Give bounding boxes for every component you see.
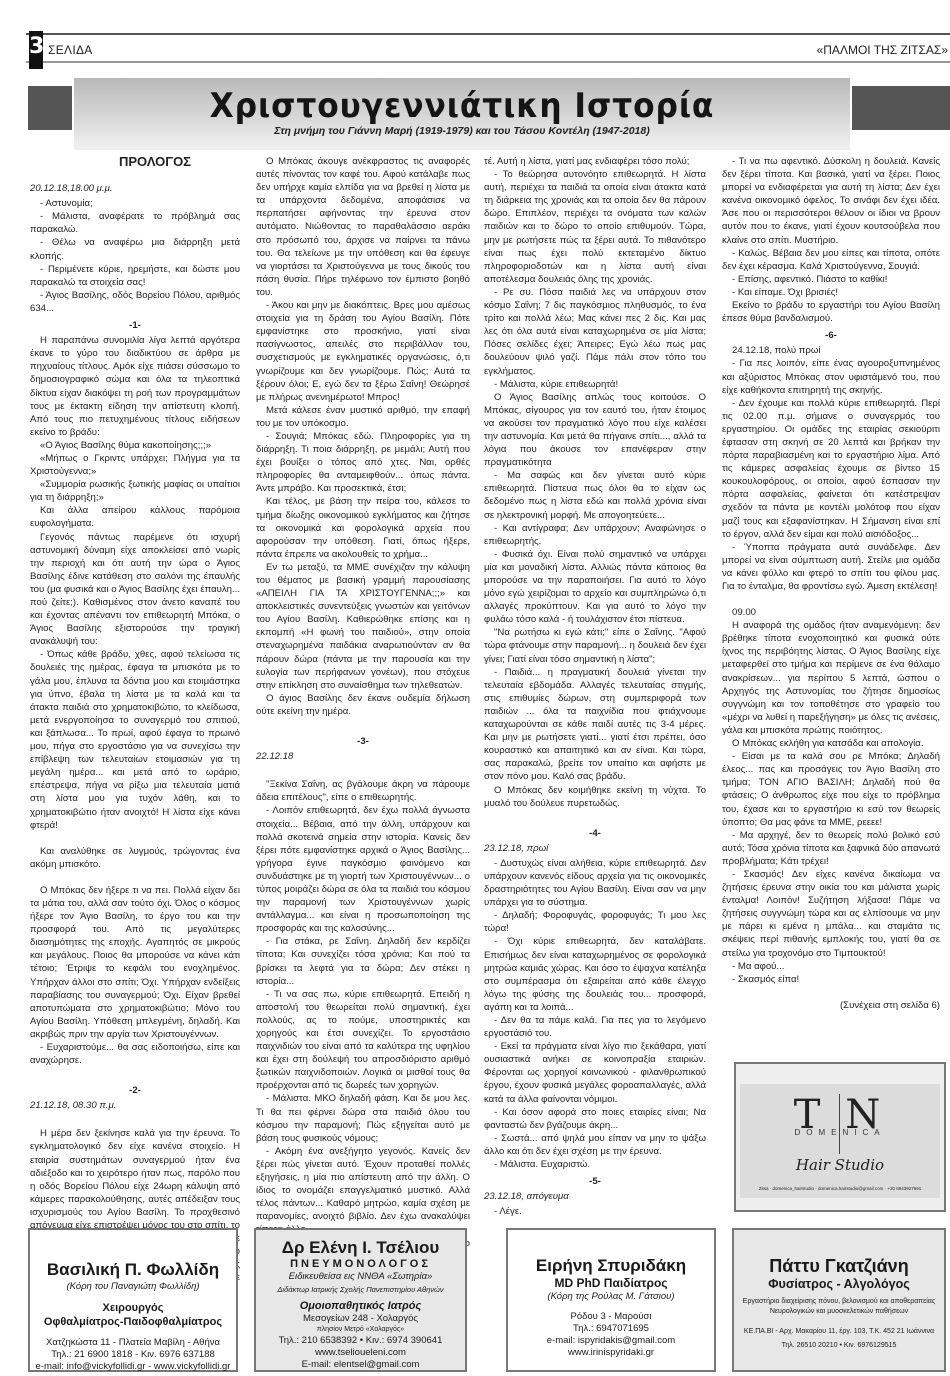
paragraph: Και άλλα απείρου κάλλους παρόμοια ευφολο… [30,504,240,530]
paragraph: - Επίσης, αφεντικό. Πιάστο το καθίκι! [722,273,940,286]
newspaper-name: «ΠΑΛΜΟΙ ΤΗΣ ΖΙΤΣΑΣ» [817,43,948,57]
paragraph: 24.12.18, πολύ πρωί [722,344,940,357]
ad-title-2: Οφθαλμίατρος-Παιδοφθαλμίατρος [30,1315,236,1329]
ad-phone: Τηλ.: 21 6900 1818 - Κιν. 6976 637188 [30,1349,236,1361]
spacer [256,718,470,731]
ad-web[interactable]: e-mail: info@vickyfollidi.gr - www.vicky… [30,1361,236,1373]
paragraph: - Δηλαδή; Φοροφυγάς, φοροφυγάς; Τι μου λ… [484,909,706,935]
title-banner: Χριστουγεννιάτικη Ιστορία Στη μνήμη του … [74,78,850,150]
ad-address: Χατζηκώστα 11 - Πλατεία Μαβίλη - Αθήνα [30,1337,236,1349]
page-number: 3 [29,31,43,69]
paragraph: - Σουγιά; Μπόκας εδώ. Πληροφορίες για τη… [256,430,470,495]
spacer [30,1114,240,1127]
paragraph: - Τι να σας πω, κύριε επιθεωρητά. Επειδή… [256,988,470,1093]
paragraph: «Ο Άγιος Βασίλης θύμα κακοποίησης;;;» [30,439,240,452]
paragraph: "Ξεκίνα Σαΐνη, ας βγάλουμε άκρη να πάρου… [256,778,470,804]
paragraph: - Το θεώρησα αυτονόητο επιθεωρητά. Η λίσ… [484,168,706,286]
dateline: 21.12.18, 08.30 π.μ. [30,1099,240,1112]
paragraph: - Όπως κάθε βράδυ, χθες, αφού τελείωσα τ… [30,648,240,831]
paragraph: - Φυσικά όχι. Είναι πολύ σημαντικό να υπ… [484,548,706,627]
page-header: 3 ΣΕΛΙΔΑ «ΠΑΛΜΟΙ ΤΗΣ ΖΙΤΣΑΣ» [26,33,950,63]
banner-bar-right [852,86,950,130]
paragraph: - Άκου και μην με διακόπτεις. Βρες μου α… [256,299,470,404]
monogram-divider [839,1094,840,1154]
paragraph: - Περιμένετε κύριε, ηρεμήστε, και δώστε … [30,263,240,289]
ad-name: Δρ Ελένη Ι. Τσέλιου [256,1238,465,1258]
dateline: 23.12.18, απόγευμα [484,1190,706,1203]
paragraph: - Θέλω να αναφέρω μια διάρρηξη μετά κλοπ… [30,236,240,262]
paragraph: «Συμμορία ρωσικής ξωτικής μαφίας οι υπαί… [30,478,240,504]
article-column-3: τέ. Αυτή η λίστα, γιατί μας ενδιαφέρει τ… [484,155,706,1218]
paragraph: Και αναλύθηκε σε λυγμούς, τρώγοντας ένα … [30,845,240,871]
spacer [30,832,240,845]
ad-title: Ομοιοπαθητικός Ιατρός [256,1299,465,1313]
paragraph: "Να ρωτήσω κι εγώ κάτι;" είπε ο Σαΐνης. … [484,626,706,665]
paragraph: - Αστυνομία; [30,197,240,210]
ad-address: Ρόδου 3 - Μαρούσι [508,1311,714,1323]
ad-tseliou: Δρ Ελένη Ι. Τσέλιου ΠΝΕΥΜΟΝΟΛΟΓΟΣ Ειδικε… [254,1228,467,1372]
ad-phone: Τηλ. 26510 20210 • Κιν. 6976129515 [734,1341,944,1351]
ad-email[interactable]: E-mail: elentsel@gmail.com [256,1359,465,1371]
dateline: 20.12.18,18.00 μ.μ. [30,182,240,195]
paragraph: - Σκασμός! Δεν είχες κανένα δικαίωμα να … [722,868,940,960]
paragraph: τέ. Αυτή η λίστα, γιατί μας ενδιαφέρει τ… [484,155,706,168]
ad-name: Πάττυ Γκατζιάνη [734,1256,944,1277]
paragraph: Και τέλος, με βάση την πείρα του, κάλεσε… [256,495,470,560]
paragraph: Ο Μπόκας εκλήθη για κατσάδα και απολογία… [722,737,940,750]
article-subtitle: Στη μνήμη του Γιάννη Μαρή (1919-1979) κα… [74,125,850,137]
brand-contacts: Zitsa · domenica_hairstudio · domenica.h… [740,1186,940,1191]
article-column-2: Ο Μπόκας άκουγε ανέκφραστος τις αναφορές… [256,155,470,1263]
paragraph: Εν τω μεταξύ, τα ΜΜΕ συνέχιζαν την κάλυψ… [256,561,470,692]
paragraph: Ο Μπόκας άκουγε ανέκφραστος τις αναφορές… [256,155,470,299]
ad-phone: Τηλ.: 210 6538392 • Κιν.: 6974 390641 [256,1335,465,1347]
paragraph: - Παιδιά... η πραγματική δουλειά γίνεται… [484,666,706,784]
paragraph: - Λέγε. [484,1205,706,1218]
paragraph: - Όχι κύριε επιθεωρητά, δεν καταλάβατε. … [484,935,706,1014]
paragraph: - Και όσον αφορά στο ποιες εταιρίες είνα… [484,1106,706,1132]
ad-phone: Τηλ.: 6947071695 [508,1323,714,1335]
spacer [30,871,240,884]
paragraph: - Ακόμη ένα ανεξήγητο γεγονός. Κανείς δε… [256,1145,470,1237]
dateline: 23.12.18, πρωί [484,842,706,855]
section-number: -6- [722,329,940,342]
brand-name: DOMENICA [740,1128,940,1137]
paragraph: «Μήπως ο Γκριντς υπάρχει; Πλήγμα για τα … [30,452,240,478]
paragraph: - Μάλιστα, κύριε επιθεωρητά! [484,378,706,391]
paragraph: - Λοιπόν επιθεωρητά, δεν έχω πολλά άγνωσ… [256,804,470,935]
ad-name: Ειρήνη Σπυριδάκη [508,1256,714,1276]
paragraph: - Μάλιστα, αναφέρατε το πρόβλημά σας παρ… [30,210,240,236]
ad-relation: (Κόρη του Παναγιώτη Φωλλίδη) [30,1280,236,1293]
paragraph: - Μάλιστα. Ευχαριστώ. [484,1158,706,1171]
paragraph: Μετά κάλεσε έναν μυστικό αριθμό, την επα… [256,404,470,430]
paragraph: Εκείνο το βράδυ το εργαστήρι του Αγίου Β… [722,299,940,325]
ad-gkatziani: Πάττυ Γκατζιάνη Φυσίατρος - Αλγολόγος Ερ… [732,1228,946,1372]
paragraph: - Μα σαφώς και δεν γίνεται αυτό κύριε επ… [484,469,706,521]
paragraph: - Σωστά... από ψηλά μου είπαν να μην το … [484,1132,706,1158]
section-heading: ΠΡΟΛΟΓΟΣ [30,155,240,168]
section-number: -5- [484,1175,706,1188]
banner-bar-left [28,86,72,130]
paragraph: - Μα αφού... [722,960,940,973]
ad-desc: Εργαστήριο διαχείρισης πόνου, βελονισμού… [734,1297,944,1307]
paragraph: Ο Μπόκας δεν κοιμήθηκε εκείνη τη νύχτα. … [484,784,706,810]
paragraph: - Για πες λοιπόν, είπε ένας αγουροξυπνημ… [722,357,940,396]
logo-panel: T N DOMENICA Hair Studio Zitsa · domenic… [740,1084,940,1198]
paragraph: - Τι να πω αφεντικό. Δύσκολη η δουλειά. … [722,155,940,247]
ad-title: Φυσίατρος - Αλγολόγος [734,1277,944,1291]
article-title: Χριστουγεννιάτικη Ιστορία [105,86,819,126]
paragraph: - Δεν έχουμε και πολλά κύριε επιθεωρητά.… [722,397,940,541]
spacer [484,810,706,823]
paragraph: - Μάλιστα. ΜΚΟ δηλαδή φάση. Και δε μου λ… [256,1092,470,1144]
section-number: -2- [30,1084,240,1097]
ad-line: Ειδικευθείσα εις ΝΝΘΑ «Σωτηρία» [256,1270,465,1283]
article-column-1: ΠΡΟΛΟΓΟΣ 20.12.18,18.00 μ.μ.- Αστυνομία;… [30,155,240,1298]
ad-title: MD PhD Παιδίατρος [508,1276,714,1290]
spacer [256,765,470,778]
ad-title: Χειρουργός [30,1301,236,1315]
paragraph: - Για στάκα, ρε Σαΐνη. Δηλαδή δεν κερδίζ… [256,935,470,987]
ad-address: Μεσογείων 248 - Χολαργός [256,1313,465,1325]
paragraph: - Και είπαμε. Όχι βρισιές! [722,286,940,299]
paragraph: - Δυστυχώς είναι αλήθεια, κύριε επιθεωρη… [484,857,706,909]
ad-address: ΚΕ.ΠΑ.ΒΙ - Αρχ. Μακαρίου 11, έργ. 103, Τ… [734,1327,944,1337]
paragraph: - Ύποπτα πράγματα αυτά συνάδελφε. Δεν μπ… [722,541,940,593]
hair-studio-ad: T N DOMENICA Hair Studio Zitsa · domenic… [734,1062,946,1212]
section-number: -4- [484,827,706,840]
ad-email[interactable]: e-mail: ispyridakis@gmail.com [508,1335,714,1347]
paragraph: - Είσαι με τα καλά σου ρε Μπόκα; Δηλαδή … [722,750,940,829]
spacer [30,1067,240,1080]
ad-spyridaki: Ειρήνη Σπυριδάκη MD PhD Παιδίατρος (Κόρη… [506,1228,716,1372]
section-number: -1- [30,319,240,332]
section-number: -3- [256,735,470,748]
paragraph: Η παραπάνω συνομιλία λίγα λεπτά αργότερα… [30,334,240,439]
paragraph: - Και αντίγραφα; Δεν υπάρχουν; Αναφώνησε… [484,522,706,548]
paragraph: Ο Μπόκας δεν ήξερε τι να πει. Πολλά είχα… [30,884,240,1041]
paragraph: - Σκασμός είπα! [722,973,940,986]
paragraph: Η αναφορά της ομάδος ήταν αναμενόμενη: δ… [722,619,940,737]
ad-web[interactable]: www.irinispyridaki.gr [508,1347,714,1359]
spacer [722,593,940,606]
ad-follidi: Βασιλική Π. Φωλλίδη (Κόρη του Παναγιώτη … [28,1228,238,1372]
continuation-note: (Συνέχεια στη σελίδα 6) [722,999,940,1012]
paragraph: - Μα αρχηγέ, δεν το θεωρείς πολύ βολικό … [722,829,940,868]
paragraph: - Εκεί τα πράγματα είναι λίγο πιο ξεκάθα… [484,1040,706,1105]
paragraph: - Άγιος Βασίλης, οδός Βορείου Πόλου, αρι… [30,289,240,315]
paragraph: Ο Άγιος Βασίλης απλώς τους κοιτούσε. Ο Μ… [484,391,706,470]
paragraph: Ο άγιος Βασίλης δεν έκανε ουδεμία δήλωση… [256,692,470,718]
paragraph: - Ευχαριστούμε... θα σας ειδοποιήσω, είπ… [30,1041,240,1067]
spacer [722,986,940,999]
paragraph: 09.00 [722,606,940,619]
page-label: ΣΕΛΙΔΑ [48,43,93,57]
dateline: 22.12.18 [256,750,470,763]
paragraph: - Καλώς. Βέβαια δεν μου είπες και τίποτα… [722,247,940,273]
paragraph: - Ρε συ. Πόσα παιδιά λες να υπάρχουν στο… [484,286,706,378]
ad-desc-2: Νευρολογικών και μυοσκελετικών παθήσεων [734,1307,944,1317]
ad-specialty: ΠΝΕΥΜΟΝΟΛΟΓΟΣ [256,1258,465,1270]
ad-near: πλησίον Μετρό «Χολαργός» [256,1325,465,1335]
ad-line-2: Διδάκτωρ Ιατρικής Σχολής Πανεπιστημίου Α… [256,1283,465,1296]
paragraph: - Δεν θα τα πάμε καλά. Για πες για το λε… [484,1014,706,1040]
ad-name: Βασιλική Π. Φωλλίδη [30,1260,236,1280]
paragraph: Γεγονός πάντως παρέμενε ότι ισχυρή αστυν… [30,531,240,649]
ad-web[interactable]: www.tselioueleni.com [256,1347,465,1359]
article-column-4: - Τι να πω αφεντικό. Δύσκολη η δουλειά. … [722,155,940,1012]
brand-tagline: Hair Studio [740,1156,940,1174]
ad-relation: (Κόρη της Ρούλας Μ. Γάτσιου) [508,1290,714,1303]
